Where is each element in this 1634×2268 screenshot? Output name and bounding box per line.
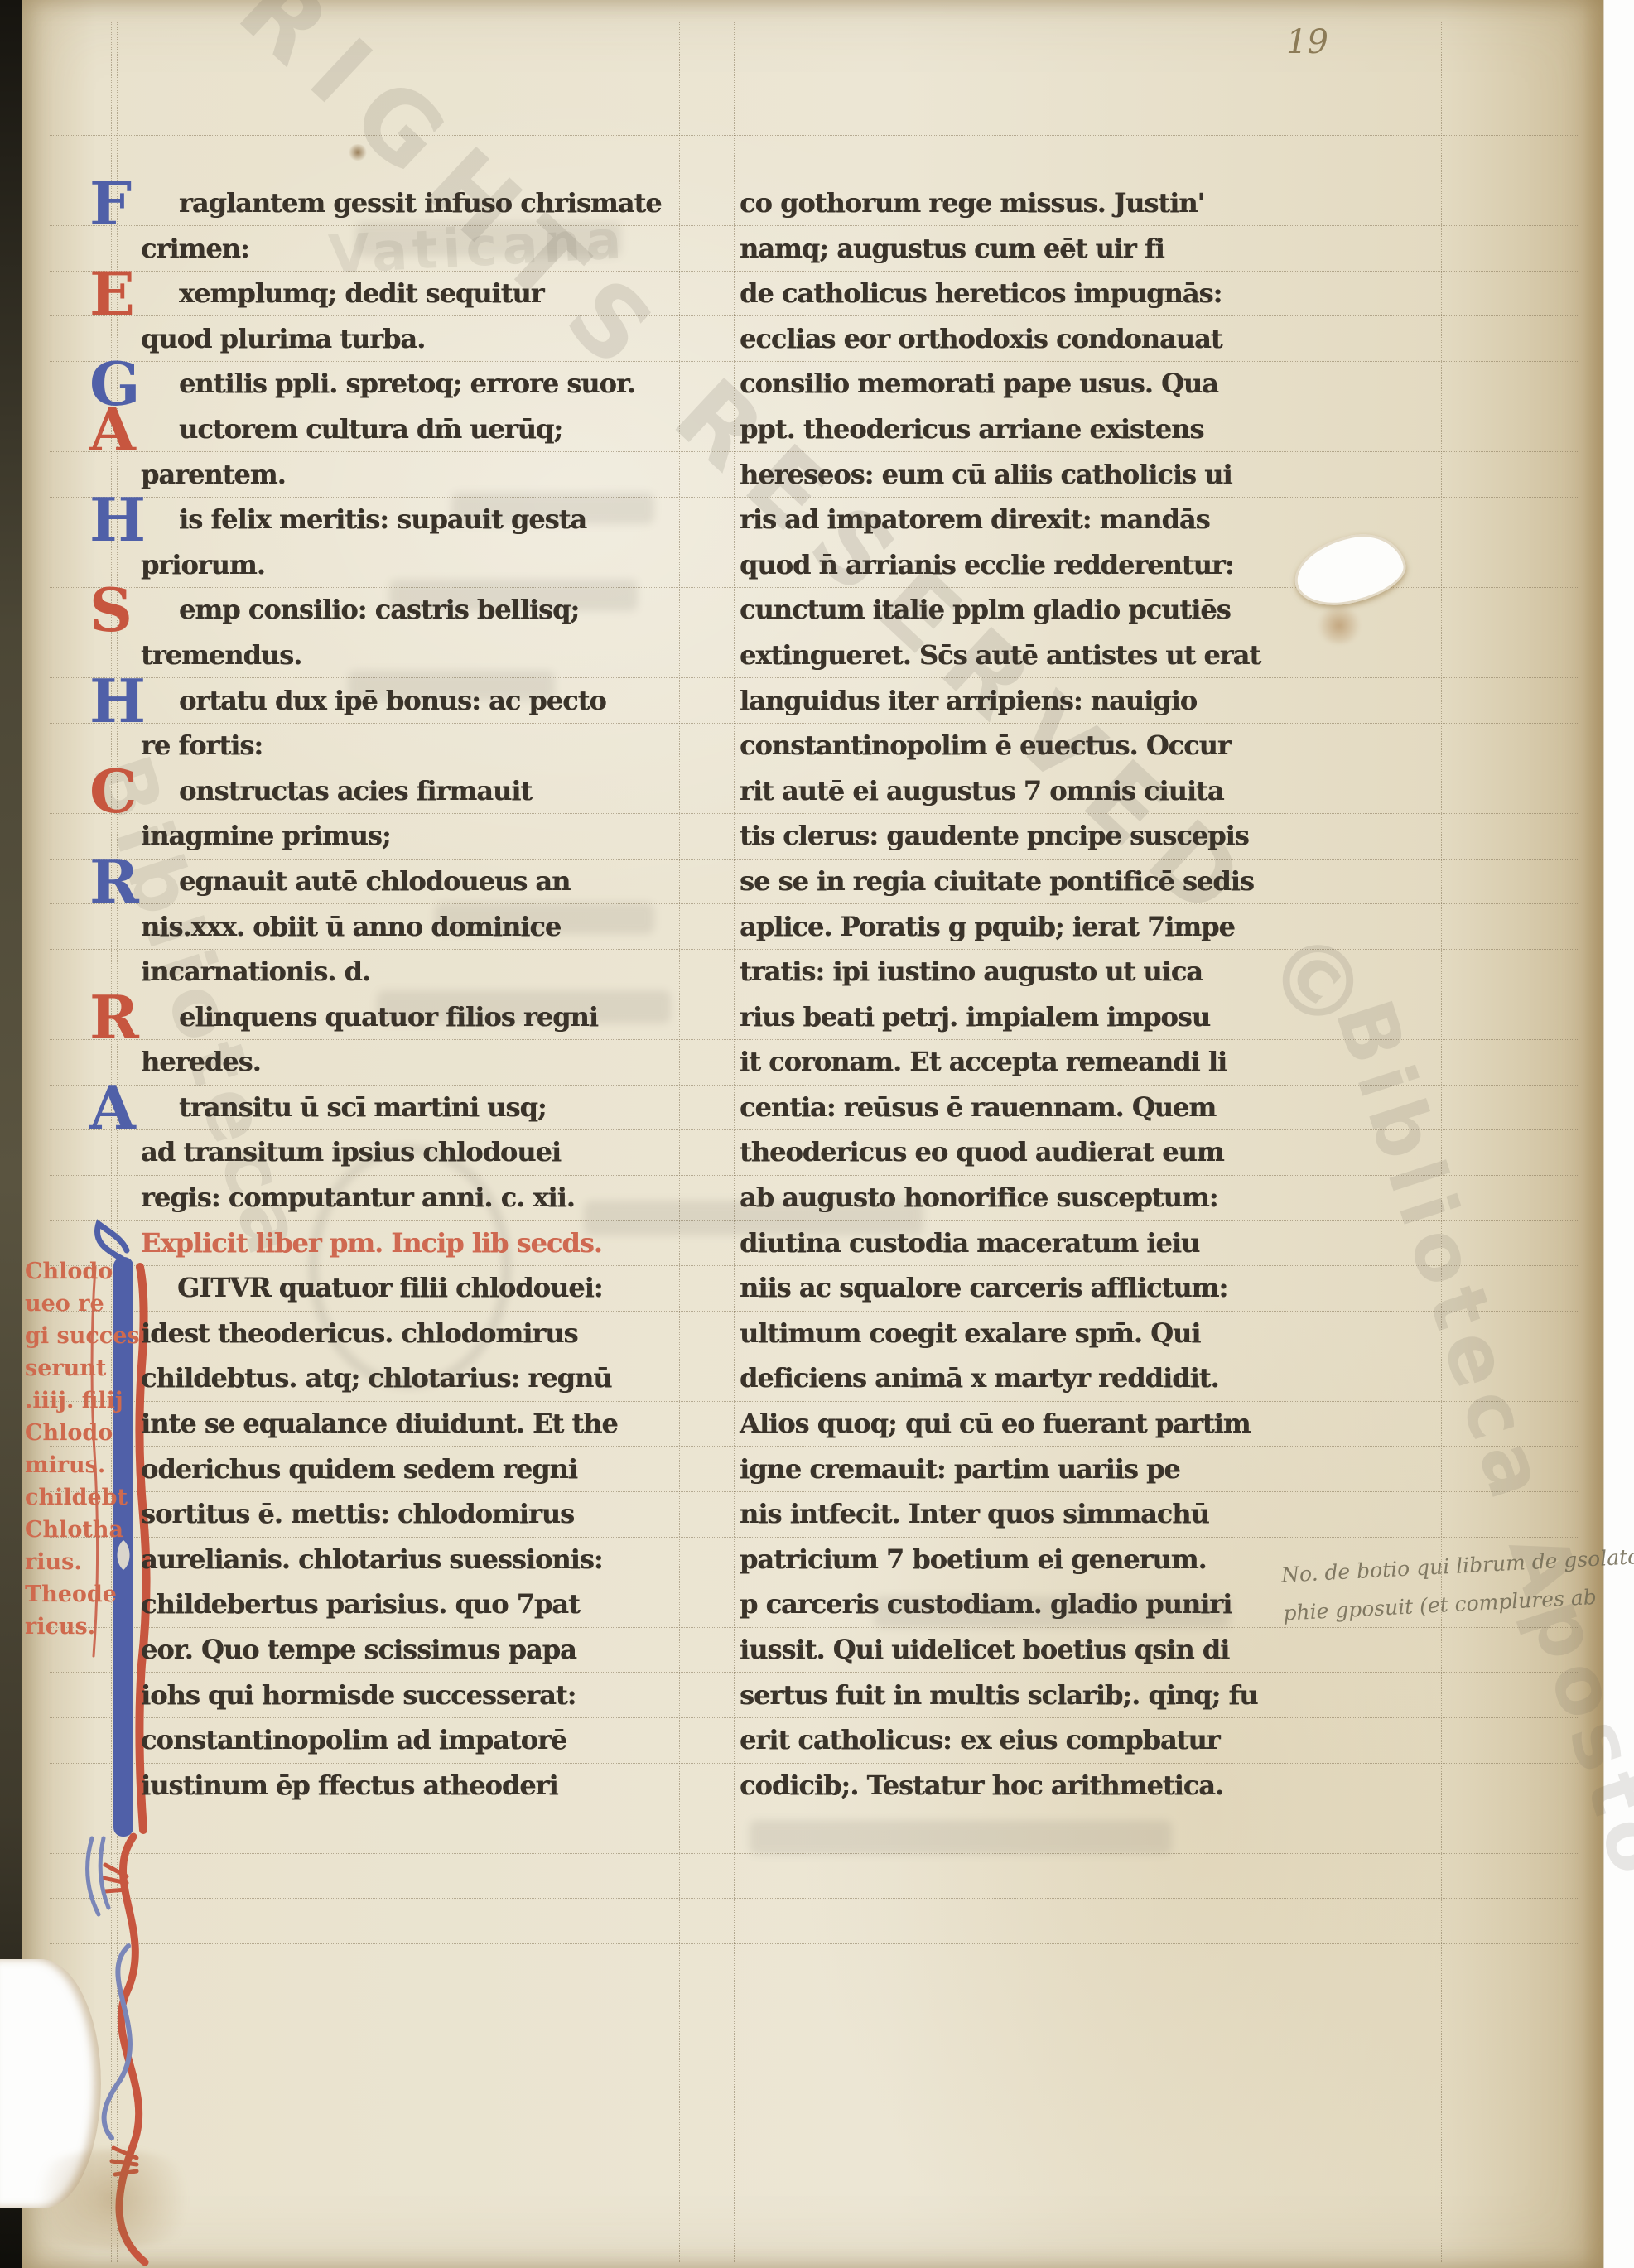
text-line: Constructas acies firmauit	[141, 768, 677, 814]
line-text: constantinopolim ad impatorē	[141, 1724, 566, 1755]
line-text: re fortis:	[141, 730, 263, 761]
text-line: idest theodericus. chlodomirus	[141, 1311, 677, 1356]
text-line: constantinopolim ē euectus. Occur	[740, 723, 1276, 768]
text-line: childebtus. atq; chlotarius: regnū	[141, 1356, 677, 1401]
gloss-line: serunt	[25, 1352, 131, 1384]
text-line: Relinquens quatuor filios regni	[141, 994, 677, 1040]
line-text: aurelianis. chlotarius suessionis:	[141, 1543, 603, 1575]
line-text: onstructas acies firmauit	[141, 768, 532, 814]
ink-spot	[348, 144, 368, 161]
line-text: ab augusto honorifice susceptum:	[740, 1182, 1218, 1213]
gloss-line: ricus.	[25, 1611, 131, 1643]
rubric-line: Explicit liber pm. Incip lib secds.	[141, 1221, 677, 1266]
text-line: igne cremauit: partim uariis pe	[740, 1447, 1276, 1492]
text-line: regis: computantur anni. c. xii.	[141, 1175, 677, 1221]
text-line: re fortis:	[141, 723, 677, 768]
text-line: oderichus quidem sedem regni	[141, 1447, 677, 1492]
text-line: ecclias eor orthodoxis condonauat	[740, 316, 1276, 362]
text-line: p carceris custodiam. gladio puniri	[740, 1582, 1276, 1627]
text-line: it coronam. Et accepta remeandi li	[740, 1039, 1276, 1085]
gloss-line: Theode	[25, 1578, 131, 1611]
text-line: consilio memorati pape usus. Qua	[740, 361, 1276, 407]
line-text: p carceris custodiam. gladio puniri	[740, 1588, 1232, 1620]
line-text: eor. Quo tempe scissimus papa	[141, 1634, 576, 1665]
text-line: se se in regia ciuitate pontificē sedis	[740, 859, 1276, 904]
line-text: idest theodericus. chlodomirus	[141, 1317, 578, 1349]
line-text: codicib;. Testatur hoc arithmetica.	[740, 1770, 1223, 1801]
illuminated-initial: C	[89, 762, 137, 821]
text-line: heredes.	[141, 1039, 677, 1085]
line-text: ultimum coegit exalare spm̄. Qui	[740, 1317, 1200, 1349]
line-text: Alios quoq; qui cū eo fuerant partim	[740, 1408, 1251, 1439]
text-line: nis.xxx. obiit ū anno dominice	[141, 904, 677, 950]
text-line: parentem.	[141, 452, 677, 498]
text-line: rit autē ei augustus 7 omnis ciuita	[740, 768, 1276, 814]
illuminated-initial: F	[89, 174, 132, 234]
text-line: Fraglantem gessit infuso chrismate	[141, 181, 677, 226]
text-line: ris ad impatorem direxit: mandās	[740, 497, 1276, 542]
text-line: theodericus eo quod audierat eum	[740, 1129, 1276, 1175]
line-text: sortitus ē. mettis: chlodomirus	[141, 1498, 574, 1529]
line-text: crimen:	[141, 233, 249, 264]
illuminated-initial: H	[89, 490, 146, 550]
text-line: eor. Quo tempe scissimus papa	[141, 1627, 677, 1673]
line-text: co gothorum rege missus. Justin'	[740, 187, 1204, 219]
gloss-line: gi succes	[25, 1320, 131, 1352]
text-line: aurelianis. chlotarius suessionis:	[141, 1537, 677, 1582]
text-line: de catholicus hereticos impugnās:	[740, 271, 1276, 316]
text-line: ppt. theodericus arriane existens	[740, 407, 1276, 452]
text-line: sertus fuit in multis sclarib;. qinq; fu	[740, 1673, 1276, 1718]
line-text: nis intfecit. Inter quos simmachū	[740, 1498, 1209, 1529]
line-text: deficiens animā x martyr reddidit.	[740, 1362, 1219, 1394]
line-text: ecclias eor orthodoxis condonauat	[740, 323, 1222, 354]
horizontal-rule	[50, 135, 1578, 136]
manuscript-page-scan: ALL RIGHTS RESERVED ©Biblioteca ApostoBi…	[0, 0, 1634, 2268]
line-text: languidus iter arripiens: nauigio	[740, 685, 1197, 716]
text-line: sortitus ē. mettis: chlodomirus	[141, 1491, 677, 1537]
illuminated-initial: E	[89, 264, 135, 324]
text-line: hereseos: eum cū aliis catholicis ui	[740, 452, 1276, 498]
line-text: niis ac squalore carceris afflictum:	[740, 1272, 1227, 1303]
line-text: regis: computantur anni. c. xii.	[141, 1182, 575, 1213]
text-line: Exemplumq; dedit sequitur	[141, 271, 677, 316]
text-line: GITVR quatuor filii chlodouei:	[141, 1265, 677, 1311]
text-line: Gentilis ppli. spretoq; errore suor.	[141, 361, 677, 407]
text-line: iussit. Qui uidelicet boetius qsin di	[740, 1627, 1276, 1673]
text-line: tratis: ipi iustino augusto ut uica	[740, 949, 1276, 994]
line-text: ad transitum ipsius chlodouei	[141, 1136, 561, 1168]
text-line: Auctorem cultura dm̄ uerūq;	[141, 407, 677, 452]
line-text: igne cremauit: partim uariis pe	[740, 1453, 1180, 1485]
text-line: Hortatu dux ipē bonus: ac pecto	[141, 678, 677, 724]
text-line: quod n̄ arrianis ecclie redderentur:	[740, 542, 1276, 588]
line-text: erit catholicus: ex eius compbatur	[740, 1724, 1220, 1755]
illuminated-initial: S	[89, 580, 133, 640]
text-line: Regnauit autē chlodoueus an	[141, 859, 677, 904]
text-line: priorum.	[141, 542, 677, 588]
text-line: constantinopolim ad impatorē	[141, 1717, 677, 1763]
text-line: iustinum ēp ffectus atheoderi	[141, 1763, 677, 1808]
text-line: ultimum coegit exalare spm̄. Qui	[740, 1311, 1276, 1356]
showthrough-ghost	[750, 1820, 1172, 1855]
line-text: diutina custodia maceratum ieiu	[740, 1227, 1199, 1259]
line-text: iohs qui hormisde successerat:	[141, 1679, 576, 1711]
text-line: childebertus parisius. quo 7pat	[141, 1582, 677, 1627]
text-line: tis clerus: gaudente pncipe suscepis	[740, 813, 1276, 859]
line-text: ppt. theodericus arriane existens	[740, 413, 1203, 445]
text-line: nis intfecit. Inter quos simmachū	[740, 1491, 1276, 1537]
line-text: de catholicus hereticos impugnās:	[740, 277, 1222, 309]
line-text: inagmine primus;	[141, 820, 391, 851]
gloss-line: Chlodo	[25, 1255, 131, 1288]
vertical-rule	[679, 22, 680, 2262]
line-text: tratis: ipi iustino augusto ut uica	[740, 956, 1203, 987]
line-text: GITVR quatuor filii chlodouei:	[177, 1272, 603, 1303]
marginal-gloss-red: Chlodoueo regi successerunt.iiij. filijC…	[25, 1255, 131, 1643]
vertical-rule	[1441, 22, 1442, 2262]
horizontal-rule	[50, 1898, 1578, 1899]
text-line: diutina custodia maceratum ieiu	[740, 1221, 1276, 1266]
line-text: emp consilio: castris bellisq;	[141, 587, 579, 633]
line-text: tremendus.	[141, 639, 301, 671]
gloss-line: .iiij. filij	[25, 1384, 131, 1417]
text-line: languidus iter arripiens: nauigio	[740, 678, 1276, 724]
line-text: patricium 7 boetium ei generum.	[740, 1543, 1207, 1575]
gloss-line: mirus.	[25, 1449, 131, 1481]
text-line: inagmine primus;	[141, 813, 677, 859]
line-text: ortatu dux ipē bonus: ac pecto	[141, 678, 606, 724]
gloss-line: Chlotha	[25, 1514, 131, 1546]
parchment-stain-bottom	[17, 2150, 207, 2249]
horizontal-rule	[50, 36, 1578, 36]
line-text: rius beati petrj. impialem imposu	[740, 1001, 1210, 1033]
line-text: oderichus quidem sedem regni	[141, 1453, 577, 1485]
text-line: codicib;. Testatur hoc arithmetica.	[740, 1763, 1276, 1808]
line-text: childebertus parisius. quo 7pat	[141, 1588, 580, 1620]
text-line: deficiens animā x martyr reddidit.	[740, 1356, 1276, 1401]
text-line: tremendus.	[141, 633, 677, 678]
line-text: uctorem cultura dm̄ uerūq;	[141, 407, 562, 452]
text-line: Alios quoq; qui cū eo fuerant partim	[740, 1401, 1276, 1447]
text-line: ab augusto honorifice susceptum:	[740, 1175, 1276, 1221]
line-text: se se in regia ciuitate pontificē sedis	[740, 865, 1254, 897]
line-text: namq; augustus cum eēt uir fi	[740, 233, 1164, 264]
line-text: inte se equalance diuidunt. Et the	[141, 1408, 618, 1439]
gloss-line: ueo re	[25, 1288, 131, 1320]
scanner-background	[1603, 0, 1634, 2268]
line-text: rit autē ei augustus 7 omnis ciuita	[740, 775, 1224, 807]
gloss-line: childebt	[25, 1481, 131, 1514]
line-text: elinquens quatuor filios regni	[141, 994, 598, 1040]
text-line: aplice. Poratis g pquib; ierat 7impe	[740, 904, 1276, 950]
text-line: extingueret. Sc̄s autē antistes ut erat	[740, 633, 1276, 678]
text-line: inte se equalance diuidunt. Et the	[141, 1401, 677, 1447]
illuminated-initial: A	[89, 400, 136, 460]
line-text: theodericus eo quod audierat eum	[740, 1136, 1224, 1168]
line-text: heredes.	[141, 1046, 261, 1077]
text-line: Atransitu ū scī martini usq;	[141, 1085, 677, 1130]
line-text: parentem.	[141, 459, 286, 490]
text-line: namq; augustus cum eēt uir fi	[740, 226, 1276, 272]
line-text: aplice. Poratis g pquib; ierat 7impe	[740, 911, 1235, 942]
parchment-stain	[1315, 607, 1363, 644]
text-line: cunctum italie pplm gladio pcutiēs	[740, 587, 1276, 633]
line-text: quod n̄ arrianis ecclie redderentur:	[740, 549, 1234, 580]
gloss-line: Chlodo	[25, 1417, 131, 1449]
line-text: iustinum ēp ffectus atheoderi	[141, 1770, 558, 1801]
line-text: is felix meritis: supauit gesta	[141, 497, 586, 542]
line-text: cunctum italie pplm gladio pcutiēs	[740, 594, 1231, 625]
text-line: erit catholicus: ex eius compbatur	[740, 1717, 1276, 1763]
line-text: sertus fuit in multis sclarib;. qinq; fu	[740, 1679, 1258, 1711]
line-text: xemplumq; dedit sequitur	[141, 271, 544, 316]
illuminated-initial: H	[89, 672, 146, 731]
line-text: entilis ppli. spretoq; errore suor.	[141, 361, 635, 407]
line-text: hereseos: eum cū aliis catholicis ui	[740, 459, 1232, 490]
line-text: childebtus. atq; chlotarius: regnū	[141, 1362, 612, 1394]
text-line: co gothorum rege missus. Justin'	[740, 181, 1276, 226]
text-line: incarnationis. d.	[141, 949, 677, 994]
line-text: tis clerus: gaudente pncipe suscepis	[740, 820, 1249, 851]
line-text: extingueret. Sc̄s autē antistes ut erat	[740, 639, 1260, 671]
parchment-deckled-edge	[1583, 0, 1604, 2268]
text-line: rius beati petrj. impialem imposu	[740, 994, 1276, 1040]
line-text: incarnationis. d.	[141, 956, 370, 987]
text-line: His felix meritis: supauit gesta	[141, 497, 677, 542]
line-text: egnauit autē chlodoueus an	[141, 859, 570, 904]
line-text: iussit. Qui uidelicet boetius qsin di	[740, 1634, 1229, 1665]
text-line: Semp consilio: castris bellisq;	[141, 587, 677, 633]
gloss-line: rius.	[25, 1546, 131, 1578]
text-line: iohs qui hormisde successerat:	[141, 1673, 677, 1718]
text-line: centia: reūsus ē rauennam. Quem	[740, 1085, 1276, 1130]
vertical-rule	[734, 22, 735, 2262]
line-text: nis.xxx. obiit ū anno dominice	[141, 911, 561, 942]
line-text: consilio memorati pape usus. Qua	[740, 368, 1218, 399]
illuminated-initial: R	[89, 852, 139, 912]
text-line: quod plurima turba.	[141, 316, 677, 362]
text-line: ad transitum ipsius chlodouei	[141, 1129, 677, 1175]
text-column-right: co gothorum rege missus. Justin'namq; au…	[740, 181, 1276, 1808]
text-line: crimen:	[141, 226, 677, 272]
line-text: priorum.	[141, 549, 265, 580]
line-text: constantinopolim ē euectus. Occur	[740, 730, 1231, 761]
illuminated-initial: A	[89, 1078, 136, 1138]
line-text: ris ad impatorem direxit: mandās	[740, 503, 1210, 535]
horizontal-rule	[50, 1943, 1578, 1944]
line-text: quod plurima turba.	[141, 323, 425, 354]
folio-number: 19	[1286, 23, 1328, 61]
line-text: Explicit liber pm. Incip lib secds.	[141, 1227, 602, 1259]
binding-gutter-shadow	[0, 0, 22, 2268]
line-text: centia: reūsus ē rauennam. Quem	[740, 1091, 1216, 1123]
text-column-left: Fraglantem gessit infuso chrismatecrimen…	[141, 181, 677, 1808]
illuminated-initial: R	[89, 988, 139, 1047]
line-text: it coronam. Et accepta remeandi li	[740, 1046, 1227, 1077]
line-text: raglantem gessit infuso chrismate	[141, 181, 662, 226]
text-line: niis ac squalore carceris afflictum:	[740, 1265, 1276, 1311]
line-text: transitu ū scī martini usq;	[141, 1085, 547, 1130]
text-line: patricium 7 boetium ei generum.	[740, 1537, 1276, 1582]
